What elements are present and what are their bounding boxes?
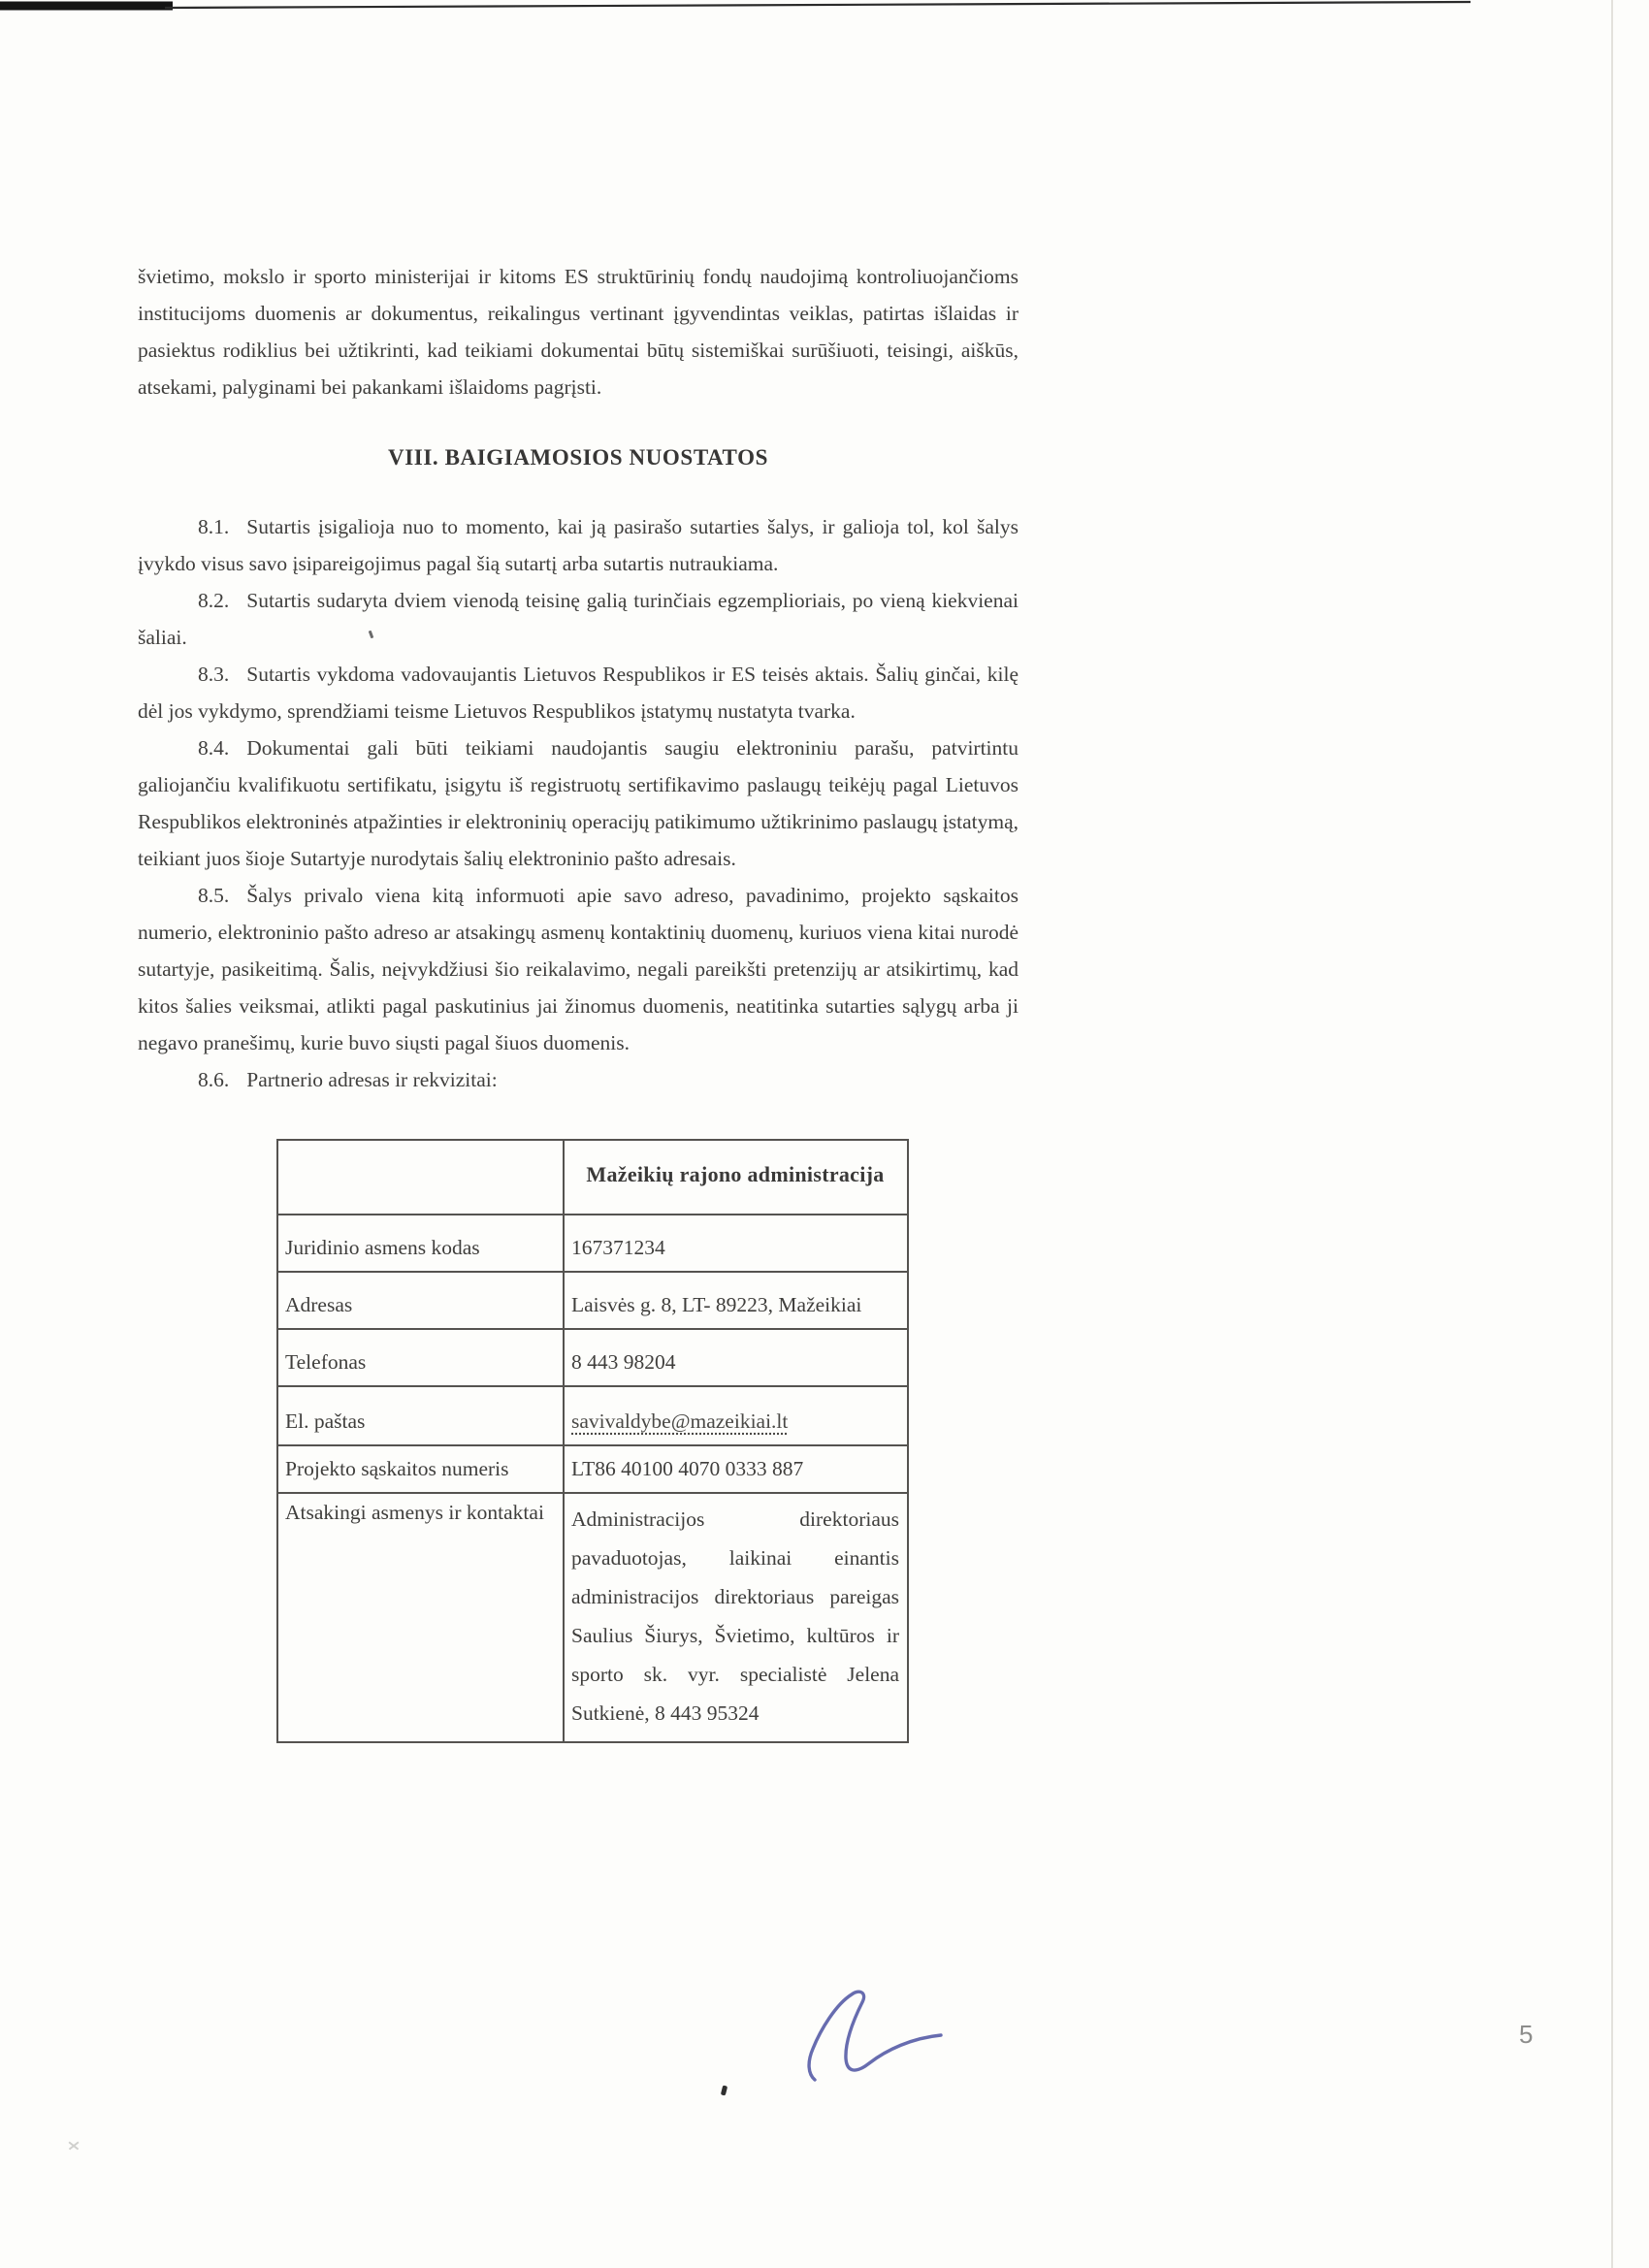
clause-number: 8.4. (198, 736, 229, 760)
clause-8-5: 8.5.Šalys privalo viena kitą informuoti … (138, 877, 1018, 1061)
clause-8-2: 8.2.Sutartis sudaryta dviem vienodą teis… (138, 582, 1018, 656)
row-label: Adresas (277, 1272, 564, 1329)
row-value: 167371234 (564, 1215, 908, 1272)
clause-number: 8.2. (198, 589, 229, 612)
row-label: Projekto sąskaitos numeris (277, 1445, 564, 1493)
row-value-email: savivaldybe@mazeikiai.lt (564, 1386, 908, 1445)
clause-text: Sutartis sudaryta dviem vienodą teisinę … (138, 589, 1018, 649)
row-label: El. paštas (277, 1386, 564, 1445)
clause-8-6: 8.6.Partnerio adresas ir rekvizitai: (138, 1061, 1018, 1098)
clause-text: Sutartis vykdoma vadovaujantis Lietuvos … (138, 663, 1018, 723)
clause-8-1: 8.1.Sutartis įsigalioja nuo to momento, … (138, 508, 1018, 582)
row-label: Atsakingi asmenys ir kontaktai (277, 1493, 564, 1742)
row-label: Telefonas (277, 1329, 564, 1386)
intro-paragraph: švietimo, mokslo ir sporto ministerijai … (138, 258, 1018, 405)
scan-paper-edge (1611, 0, 1613, 2268)
signature-stroke (809, 1992, 941, 2080)
document-body: švietimo, mokslo ir sporto ministerijai … (138, 258, 1018, 1743)
clause-8-4: 8.4.Dokumentai gali būti teikiami naudoj… (138, 729, 1018, 877)
clause-text: Dokumentai gali būti teikiami naudojanti… (138, 736, 1018, 870)
clause-text: Partnerio adresas ir rekvizitai: (246, 1068, 498, 1091)
table-row: Adresas Laisvės g. 8, LT- 89223, Mažeiki… (277, 1272, 908, 1329)
row-value: Laisvės g. 8, LT- 89223, Mažeikiai (564, 1272, 908, 1329)
clause-text: Sutartis įsigalioja nuo to momento, kai … (138, 515, 1018, 575)
table-header-row: Mažeikių rajono administracija (277, 1140, 908, 1215)
row-value: LT86 40100 4070 0333 887 (564, 1445, 908, 1493)
table-row: El. paštas savivaldybe@mazeikiai.lt (277, 1386, 908, 1445)
table-row: Juridinio asmens kodas 167371234 (277, 1215, 908, 1272)
page-number: 5 (1519, 2020, 1533, 2050)
table-row: Telefonas 8 443 98204 (277, 1329, 908, 1386)
clause-8-3: 8.3.Sutartis vykdoma vadovaujantis Lietu… (138, 656, 1018, 729)
row-label: Juridinio asmens kodas (277, 1215, 564, 1272)
scan-artifact-top-line (0, 0, 1649, 16)
row-value: Administracijos direktoriaus pavaduotoja… (564, 1493, 908, 1742)
table-row: Projekto sąskaitos numeris LT86 40100 40… (277, 1445, 908, 1493)
clause-number: 8.5. (198, 884, 229, 907)
scanned-contract-page: { "intro_paragraph": "švietimo, mokslo i… (0, 0, 1649, 2268)
row-value: 8 443 98204 (564, 1329, 908, 1386)
clause-text: Šalys privalo viena kitą informuoti apie… (138, 884, 1018, 1054)
table-header-empty-cell (277, 1140, 564, 1215)
clause-number: 8.1. (198, 515, 229, 538)
section-heading: VIII. BAIGIAMOSIOS NUOSTATOS (138, 438, 1018, 477)
table-row: Atsakingi asmenys ir kontaktai Administr… (277, 1493, 908, 1742)
signature-scribble (793, 1985, 958, 2093)
partner-name-header: Mažeikių rajono administracija (564, 1140, 908, 1215)
email-link[interactable]: savivaldybe@mazeikiai.lt (571, 1409, 788, 1433)
ink-speck (721, 2086, 727, 2096)
clause-number: 8.3. (198, 663, 229, 686)
partner-requisites-table: Mažeikių rajono administracija Juridinio… (276, 1139, 909, 1743)
faint-pencil-mark (68, 2140, 80, 2152)
clause-number: 8.6. (198, 1068, 229, 1091)
